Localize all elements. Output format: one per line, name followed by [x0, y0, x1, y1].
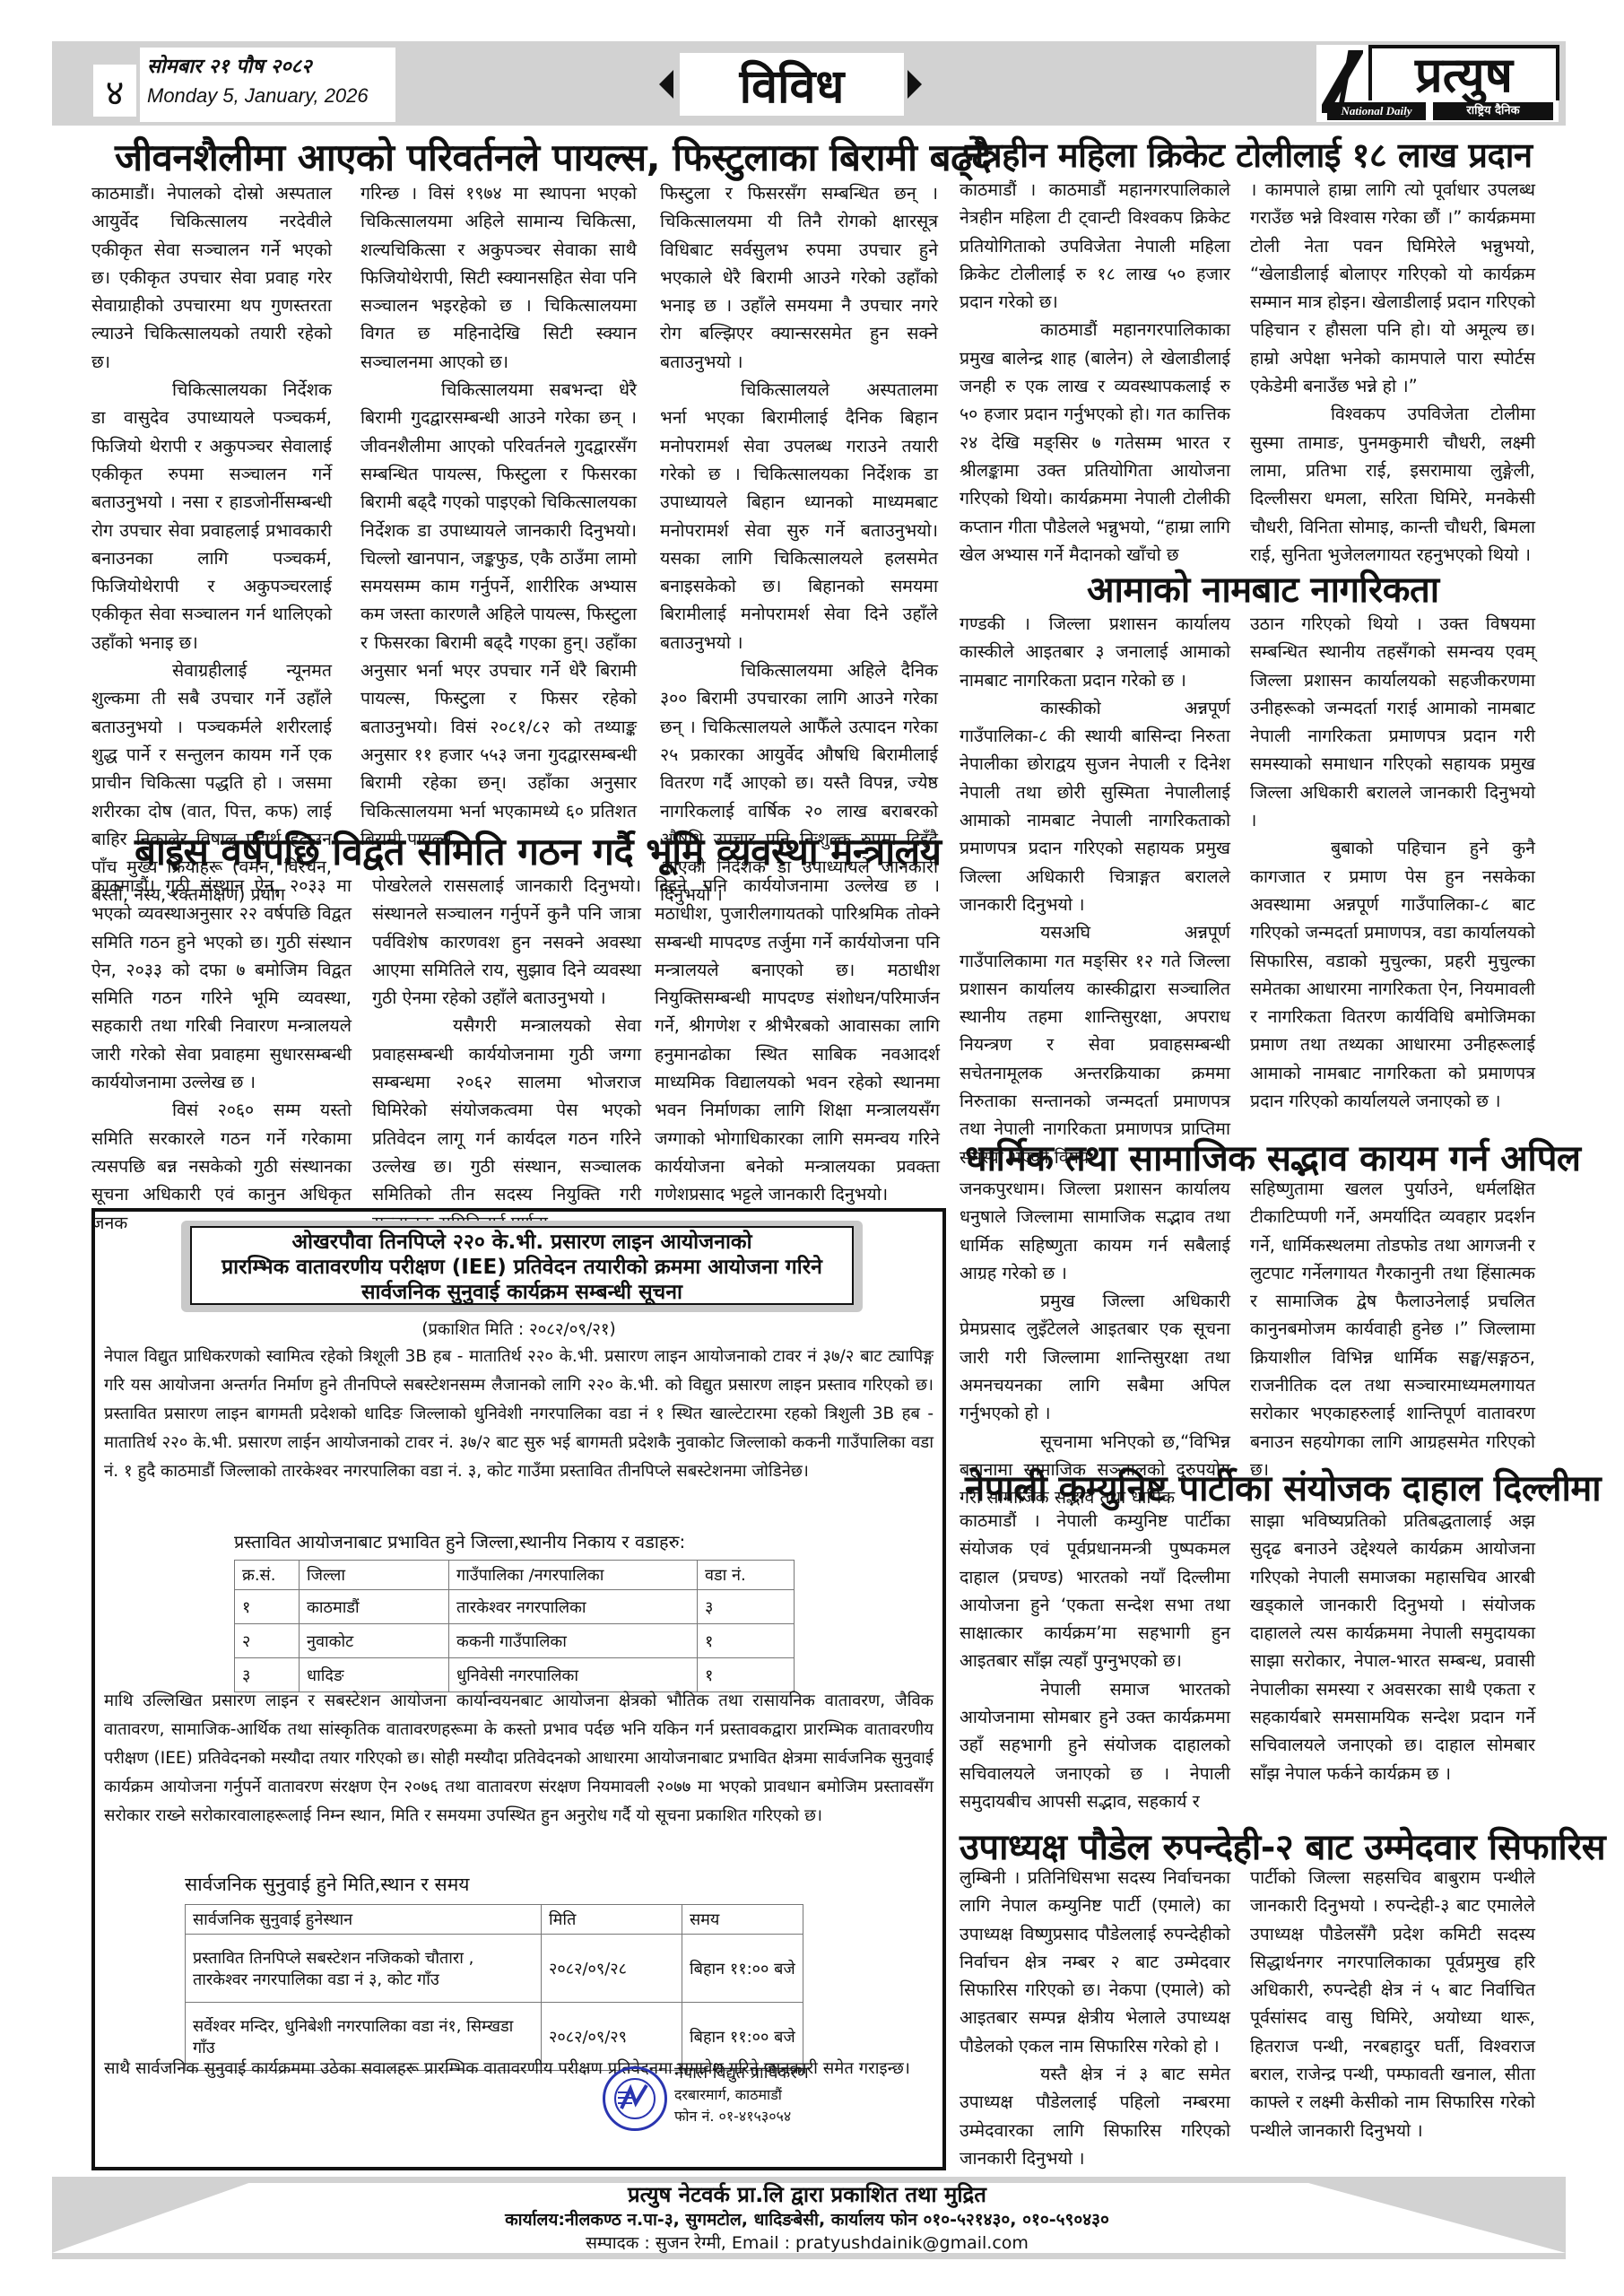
paragraph: । कामपाले हाम्रा लागि त्यो पूर्वाधार उपल… [1250, 176, 1535, 400]
paragraph: बुबाको पहिचान हुने कुनै कागजात र प्रमाण … [1250, 834, 1535, 1115]
imprint-editor-email: सम्पादक : सुजन रेग्मी, Email : pratyushd… [269, 2231, 1345, 2255]
table-header: क्र.सं. [235, 1561, 300, 1590]
headline-dahal: नेपाली कम्युनिष्ट पार्टीका संयोजक दाहाल … [965, 1462, 1601, 1511]
affected-areas-table: क्र.सं. जिल्ला गाउँपालिका /नगरपालिका वडा… [234, 1560, 795, 1692]
table2-caption: सार्वजनिक सुनुवाई हुने मिति,स्थान र समय [185, 1870, 469, 1899]
date-box: सोमबार २१ पौष २०८२ Monday 5, January, 20… [140, 48, 395, 122]
table-header: गाउँपालिका /नगरपालिका [449, 1561, 698, 1590]
date-english: Monday 5, January, 2026 [147, 82, 388, 110]
paragraph: उठान गरिएको थियो । उक्त विषयमा सम्बन्धित… [1250, 610, 1535, 834]
table-row: २ नुवाकोट ककनी गाउँपालिका १ [235, 1624, 795, 1658]
paragraph: जनकपुरधाम। जिल्ला प्रशासन कार्यालय धनुषा… [960, 1175, 1230, 1287]
paragraph: यसैगरी मन्त्रालयको सेवा प्रवाहसम्बन्धी क… [372, 1012, 641, 1236]
notice-title-line: प्रारम्भिक वातावरणीय परीक्षण (IEE) प्रति… [192, 1255, 852, 1280]
table-header: समय [682, 1905, 803, 1935]
paragraph: दिइने पनि कार्ययोजनामा उल्लेख छ । मठाधीश… [655, 872, 940, 1209]
logo-tag-nepali: राष्ट्रिय दैनिक [1433, 102, 1553, 120]
table-row: प्रस्तावित तिनपिप्ले सबस्टेशन नजिकको चौत… [186, 1935, 803, 2003]
newspaper-logo: प्रत्युष National Daily राष्ट्रिय दैनिक [1316, 45, 1559, 122]
table-cell: तारकेश्वर नगरपालिका [449, 1590, 698, 1624]
paragraph: विश्वकप उपविजेता टोलीमा सुस्मा तामाङ, पु… [1250, 400, 1535, 569]
table-header: मिति [542, 1905, 682, 1935]
article-cricket-col1: काठमाडौं । काठमाडौं महानगरपालिकाले नेत्र… [960, 176, 1230, 569]
paragraph: काठमाडौं। नेपालको दोस्रो अस्पताल आयुर्वे… [91, 179, 332, 376]
article-dahal-col1: काठमाडौं । नेपाली कम्युनिष्ट पार्टीका सं… [960, 1507, 1230, 1815]
issuer-address: दरबारमार्ग, काठमाडौं [674, 2084, 809, 2106]
table-cell: प्रस्तावित तिनपिप्ले सबस्टेशन नजिकको चौत… [186, 1935, 542, 2003]
page-number: ४ [93, 65, 136, 117]
table-cell: काठमाडौं [300, 1590, 449, 1624]
table1-caption: प्रस्तावित आयोजनाबाट प्रभावित हुने जिल्ल… [234, 1527, 685, 1556]
headline-paudel: उपाध्यक्ष पौडेल रुपन्देही-२ बाट उम्मेदवा… [960, 1821, 1605, 1870]
imprint-publisher: प्रत्युष नेटवर्क प्रा.लि द्वारा प्रकाशित… [269, 2181, 1345, 2208]
article-citizenship-col2: उठान गरिएको थियो । उक्त विषयमा सम्बन्धित… [1250, 610, 1535, 1115]
table-row: १ काठमाडौं तारकेश्वर नगरपालिका ३ [235, 1590, 795, 1624]
table-cell: ककनी गाउँपालिका [449, 1624, 698, 1658]
public-notice: ओखरपौवा तिनपिप्ले २२० के.भी. प्रसारण लाइ… [91, 1208, 946, 2170]
headline-cricket: नेत्रहीन महिला क्रिकेट टोलीलाई १८ लाख प्… [965, 131, 1533, 178]
article-ayurveda-col3: फिस्टुला र फिसरसँग सम्बन्धित छन् । चिकित… [660, 179, 938, 909]
paragraph: काठमाडौं । काठमाडौं महानगरपालिकाले नेत्र… [960, 176, 1230, 316]
paragraph: चिकित्सालयका निर्देशक डा वासुदेव उपाध्या… [91, 376, 332, 657]
table-cell: २०८२/०९/२८ [542, 1935, 682, 2003]
arrow-left-icon [659, 70, 673, 99]
notice-paragraph-2: माथि उल्लिखित प्रसारण लाइन र सबस्टेशन आय… [104, 1687, 934, 1831]
section-title: विविध [680, 53, 904, 116]
notice-title: ओखरपौवा तिनपिप्ले २२० के.भी. प्रसारण लाइ… [190, 1226, 854, 1305]
paragraph: गरिन्छ । विसं १९७४ मा स्थापना भएको चिकित… [360, 179, 637, 376]
hearing-schedule-table: सार्वजनिक सुनुवाई हुनेस्थान मिति समय प्र… [185, 1904, 803, 2071]
table-header: वडा नं. [698, 1561, 795, 1590]
notice-title-line: ओखरपौवा तिनपिप्ले २२० के.भी. प्रसारण लाइ… [192, 1230, 852, 1255]
article-ayurveda-col2: गरिन्छ । विसं १९७४ मा स्थापना भएको चिकित… [360, 179, 637, 853]
issuer-block: नेपाल विद्युत प्राधिकरण दरबारमार्ग, काठम… [674, 2063, 809, 2127]
headline-guthi: बाइस वर्षपछि विद्वत समिति गठन गर्दै भूमि… [135, 825, 941, 876]
table-header: सार्वजनिक सुनुवाई हुनेस्थान [186, 1905, 542, 1935]
article-dahal-col2: साझा भविष्यप्रतिको प्रतिबद्धतालाई अझ सुद… [1250, 1507, 1535, 1787]
article-guthi-col1: काठमाडौं। गुठी संस्थान ऐन, २०३३ मा भएको … [91, 872, 352, 1237]
article-ayurveda-col1: काठमाडौं। नेपालको दोस्रो अस्पताल आयुर्वे… [91, 179, 332, 909]
arrow-right-icon [908, 70, 922, 99]
notice-paragraph-3: साथै सार्वजनिक सुनुवाई कार्यक्रममा उठेका… [104, 2055, 934, 2083]
notice-paragraph-1: नेपाल विद्युत प्राधिकरणको स्वामित्व रहेक… [104, 1343, 934, 1486]
headline-citizenship: आमाको नामबाट नागरिकता [1087, 563, 1439, 613]
article-paudel-col1: लुम्बिनी । प्रतिनिधिसभा सदस्य निर्वाचनका… [960, 1864, 1230, 2172]
table-cell: नुवाकोट [300, 1624, 449, 1658]
article-guthi-col3: दिइने पनि कार्ययोजनामा उल्लेख छ । मठाधीश… [655, 872, 940, 1209]
paragraph: काठमाडौं महानगरपालिकाका प्रमुख बालेन्द्र… [960, 316, 1230, 569]
paragraph: फिस्टुला र फिसरसँग सम्बन्धित छन् । चिकित… [660, 179, 938, 376]
notice-published-date: (प्रकाशित मिति : २०८२/०९/२१) [95, 1316, 942, 1344]
paragraph: साझा भविष्यप्रतिको प्रतिबद्धतालाई अझ सुद… [1250, 1507, 1535, 1787]
table-cell: बिहान ११:०० बजे [682, 1935, 803, 2003]
table-header: जिल्ला [300, 1561, 449, 1590]
article-harmony-col2: सहिष्णुतामा खलल पुर्याउने, धर्मलक्षित टी… [1250, 1175, 1535, 1483]
article-guthi-col2: पोखरेलले राससलाई जानकारी दिनुभयो। संस्था… [372, 872, 641, 1237]
paragraph: चिकित्सालयले अस्पतालमा भर्ना भएका बिरामी… [660, 376, 938, 657]
imprint: प्रत्युष नेटवर्क प्रा.लि द्वारा प्रकाशित… [269, 2181, 1345, 2255]
paragraph: लुम्बिनी । प्रतिनिधिसभा सदस्य निर्वाचनका… [960, 1864, 1230, 2060]
paragraph: नेपाली समाज भारतको आयोजनामा सोमबार हुने … [960, 1675, 1230, 1815]
paragraph: सहिष्णुतामा खलल पुर्याउने, धर्मलक्षित टी… [1250, 1175, 1535, 1483]
logo-tag-english: National Daily [1327, 102, 1426, 120]
headline-ayurveda: जीवनशैलीमा आएको परिवर्तनले पायल्स, फिस्ट… [115, 131, 991, 182]
paragraph: काठमाडौं। गुठी संस्थान ऐन, २०३३ मा भएको … [91, 872, 352, 1096]
paragraph: कास्कीको अन्नपूर्ण गाउँपालिका-८ की स्थाय… [960, 694, 1230, 918]
lightning-icon [605, 2069, 664, 2128]
notice-title-line: सार्वजनिक सुनुवाई कार्यक्रम सम्बन्धी सूच… [192, 1280, 852, 1305]
paragraph: पार्टीको जिल्ला सहसचिव बाबुराम पन्थीले ज… [1250, 1864, 1535, 2144]
table-cell: १ [235, 1590, 300, 1624]
article-citizenship-col1: गण्डकी । जिल्ला प्रशासन कार्यालय कास्कील… [960, 610, 1230, 1171]
paragraph: प्रमुख जिल्ला अधिकारी प्रेमप्रसाद लुइँटे… [960, 1287, 1230, 1427]
table-cell: २ [235, 1624, 300, 1658]
table-cell: १ [698, 1624, 795, 1658]
table-header-row: क्र.सं. जिल्ला गाउँपालिका /नगरपालिका वडा… [235, 1561, 795, 1590]
paragraph: यस्तै क्षेत्र नं ३ बाट समेत उपाध्यक्ष पौ… [960, 2060, 1230, 2172]
issuer-phone: फोन नं. ०१-४१५३०५४ [674, 2106, 809, 2127]
issuer-name: नेपाल विद्युत प्राधिकरण [674, 2063, 809, 2084]
logo-title: प्रत्युष [1368, 45, 1559, 100]
headline-harmony: धार्मिक तथा सामाजिक सद्भाव कायम गर्न अपि… [965, 1132, 1581, 1181]
table-cell: ३ [698, 1590, 795, 1624]
article-cricket-col2: । कामपाले हाम्रा लागि त्यो पूर्वाधार उपल… [1250, 176, 1535, 569]
nea-logo-icon [603, 2066, 667, 2131]
date-nepali: सोमबार २१ पौष २०८२ [147, 53, 388, 82]
paragraph: गण्डकी । जिल्ला प्रशासन कार्यालय कास्कील… [960, 610, 1230, 694]
paragraph: काठमाडौं । नेपाली कम्युनिष्ट पार्टीका सं… [960, 1507, 1230, 1675]
table-header-row: सार्वजनिक सुनुवाई हुनेस्थान मिति समय [186, 1905, 803, 1935]
paragraph: पोखरेलले राससलाई जानकारी दिनुभयो। संस्था… [372, 872, 641, 1012]
imprint-office: कार्यालय:नीलकण्ठ न.पा-३, सुगमटोल, धादिङब… [269, 2208, 1345, 2231]
paragraph: चिकित्सालयमा सबभन्दा धेरै बिरामी गुदद्वा… [360, 376, 637, 853]
article-paudel-col2: पार्टीको जिल्ला सहसचिव बाबुराम पन्थीले ज… [1250, 1864, 1535, 2144]
